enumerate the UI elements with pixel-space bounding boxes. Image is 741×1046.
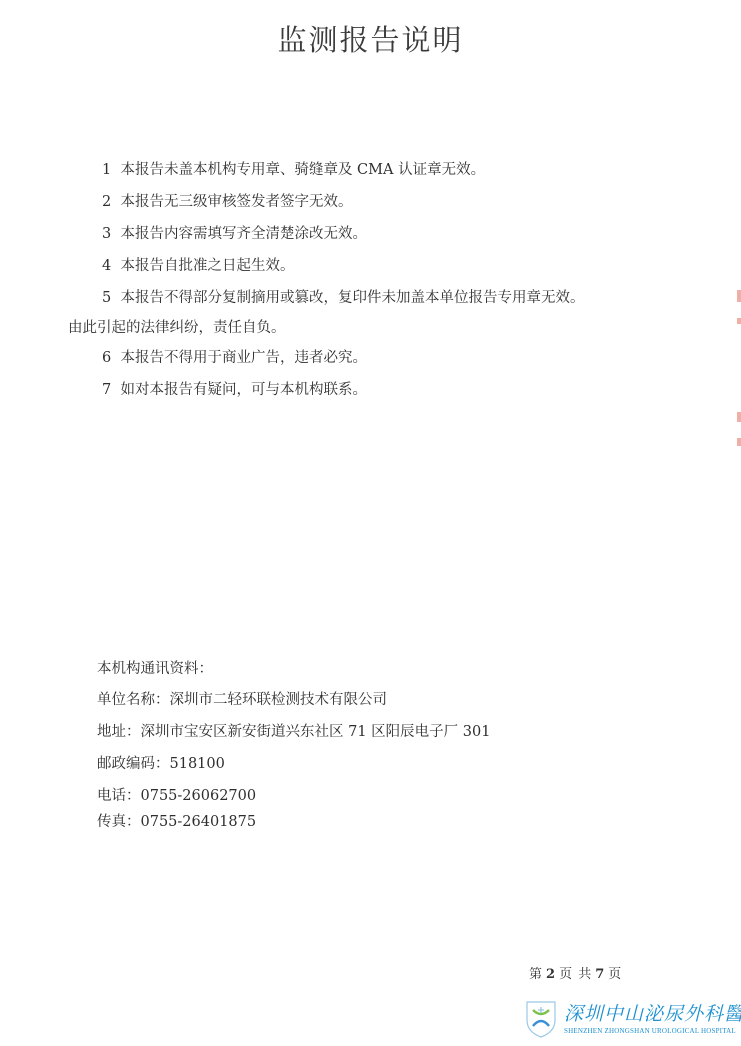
seam-stamp-mark [737,318,741,324]
page-indicator: 第2页 共7页 [529,963,622,982]
contact-fax: 传真：0755-26401875 [97,812,256,832]
seam-stamp-mark [737,412,741,422]
seam-stamp-mark [737,438,741,446]
contact-phone: 电话：0755-26062700 [97,786,256,806]
note-number: 2 [102,194,111,210]
note-item-2: 2 本报告无三级审核签发者签字无效。 [102,192,352,212]
note-text: 本报告内容需填写齐全清楚涂改无效。 [120,226,367,242]
seam-stamp-mark [737,290,741,302]
hospital-name-cn: 深圳中山泌尿外科醫院 [564,999,741,1026]
hospital-name-en: SHENZHEN ZHONGSHAN UROLOGICAL HOSPITAL [564,1027,736,1035]
note-item-4: 4 本报告自批准之日起生效。 [102,256,294,276]
note-text: 本报告无三级审核签发者签字无效。 [120,194,352,210]
note-number: 7 [102,382,111,398]
current-page: 2 [543,967,559,982]
note-item-6: 6 本报告不得用于商业广告，违者必究。 [102,348,367,368]
note-number: 6 [102,350,111,366]
contact-company-name: 单位名称：深圳市二轻环联检测技术有限公司 [97,690,387,710]
note-text: 本报告不得部分复制摘用或篡改，复印件未加盖本单位报告专用章无效。 [120,290,584,306]
contact-heading: 本机构通讯资料： [97,659,213,679]
note-text: 本报告不得用于商业广告，违者必究。 [120,350,367,366]
note-number: 1 [102,162,111,178]
note-number: 5 [102,290,111,306]
note-item-3: 3 本报告内容需填写齐全清楚涂改无效。 [102,224,367,244]
note-item-5-continuation: 由此引起的法律纠纷，责任自负。 [68,318,286,338]
total-pages: 7 [592,967,608,982]
document-title: 监测报告说明 [0,18,741,59]
hospital-watermark-logo: 深圳中山泌尿外科醫院 SHENZHEN ZHONGSHAN UROLOGICAL… [524,998,741,1042]
note-number: 4 [102,258,111,274]
note-item-7: 7 如对本报告有疑问，可与本机构联系。 [102,380,367,400]
contact-postcode: 邮政编码：518100 [97,754,225,774]
note-number: 3 [102,226,111,242]
note-item-5: 5 本报告不得部分复制摘用或篡改，复印件未加盖本单位报告专用章无效。 [102,288,584,308]
note-text: 如对本报告有疑问，可与本机构联系。 [120,382,367,398]
note-item-1: 1 本报告未盖本机构专用章、骑缝章及 CMA 认证章无效。 [102,160,485,180]
note-text: 本报告自批准之日起生效。 [120,258,294,274]
contact-address: 地址：深圳市宝安区新安街道兴东社区 71 区阳辰电子厂 301 [97,722,490,742]
hospital-emblem-icon [524,998,558,1038]
note-text: 本报告未盖本机构专用章、骑缝章及 CMA 认证章无效。 [120,162,485,178]
